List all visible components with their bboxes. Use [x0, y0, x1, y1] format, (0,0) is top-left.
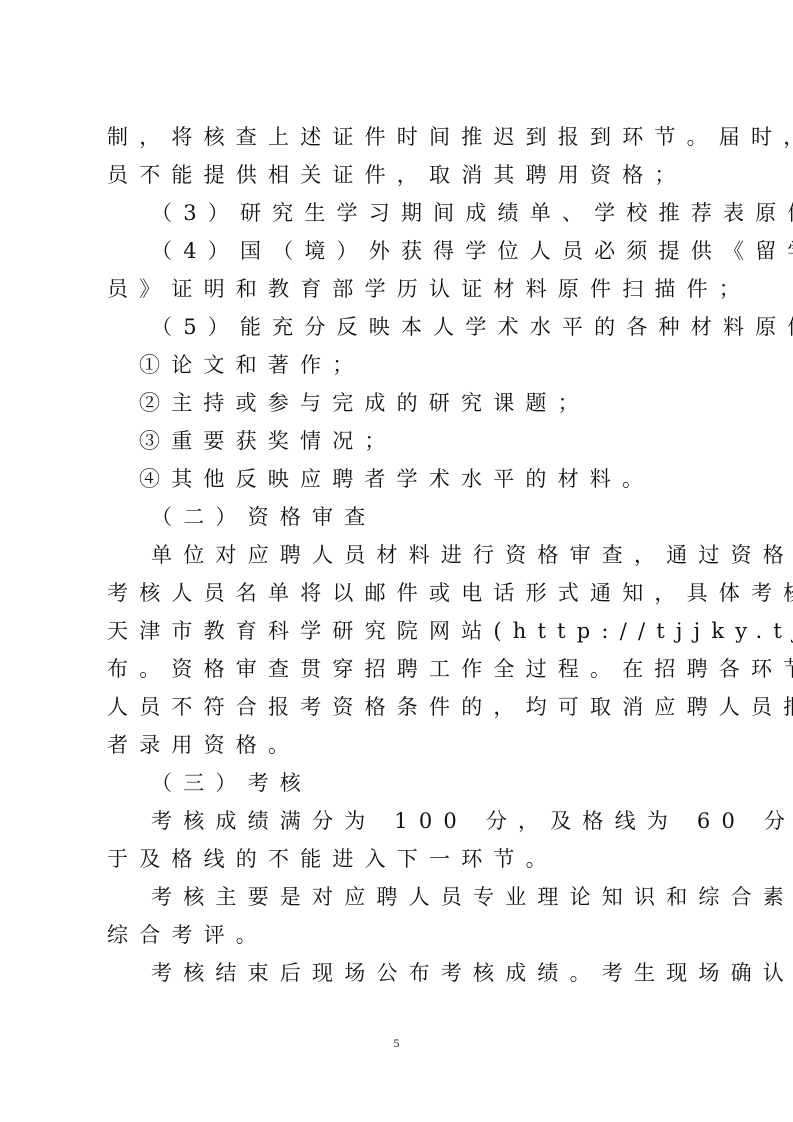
paragraph-start: 单位对应聘人员材料进行资格审查，通过资格审查进入	[107, 536, 692, 574]
list-item-4: （4）国（境）外获得学位人员必须提供《留学回国人	[107, 232, 692, 270]
text-line: 人员不符合报考资格条件的，均可取消应聘人员报考资格或	[107, 688, 692, 726]
sub-item-1: ①论文和著作；	[107, 346, 692, 384]
text-line: 员不能提供相关证件，取消其聘用资格；	[107, 156, 692, 194]
text-line: 于及格线的不能进入下一环节。	[107, 840, 692, 878]
section-heading-assessment: （三）考核	[107, 764, 692, 802]
paragraph-start: 考核主要是对应聘人员专业理论知识和综合素质进行	[107, 878, 692, 916]
text-line-with-url: 天津市教育科学研究院网站(http://tjjky.tj.edu.cn)发	[107, 612, 692, 650]
text-line: 员》证明和教育部学历认证材料原件扫描件；	[107, 270, 692, 308]
text-line: 制，将核查上述证件时间推迟到报到环节。届时，如拟聘人	[107, 118, 692, 156]
sub-item-4: ④其他反映应聘者学术水平的材料。	[107, 460, 692, 498]
text-line: 综合考评。	[107, 916, 692, 954]
text-line: 考核人员名单将以邮件或电话形式通知，具体考核安排将在	[107, 574, 692, 612]
sub-item-3: ③重要获奖情况；	[107, 422, 692, 460]
text-line: 布。资格审查贯穿招聘工作全过程。在招聘各环节发现应聘	[107, 650, 692, 688]
sub-item-2: ②主持或参与完成的研究课题；	[107, 384, 692, 422]
paragraph-start: 考核结束后现场公布考核成绩。考生现场确认考核成	[107, 954, 692, 992]
list-item-5: （5）能充分反映本人学术水平的各种材料原件扫描件：	[107, 308, 692, 346]
list-item-3: （3）研究生学习期间成绩单、学校推荐表原件扫描件；	[107, 194, 692, 232]
body-text: 制，将核查上述证件时间推迟到报到环节。届时，如拟聘人 员不能提供相关证件，取消其…	[107, 118, 692, 992]
text-line: 者录用资格。	[107, 726, 692, 764]
document-page: 制，将核查上述证件时间推迟到报到环节。届时，如拟聘人 员不能提供相关证件，取消其…	[0, 0, 793, 1122]
section-heading-qualification-review: （二）资格审查	[107, 498, 692, 536]
paragraph-start: 考核成绩满分为 100 分，及格线为 60 分，考核成绩低	[107, 802, 692, 840]
page-number: 5	[0, 1036, 793, 1051]
